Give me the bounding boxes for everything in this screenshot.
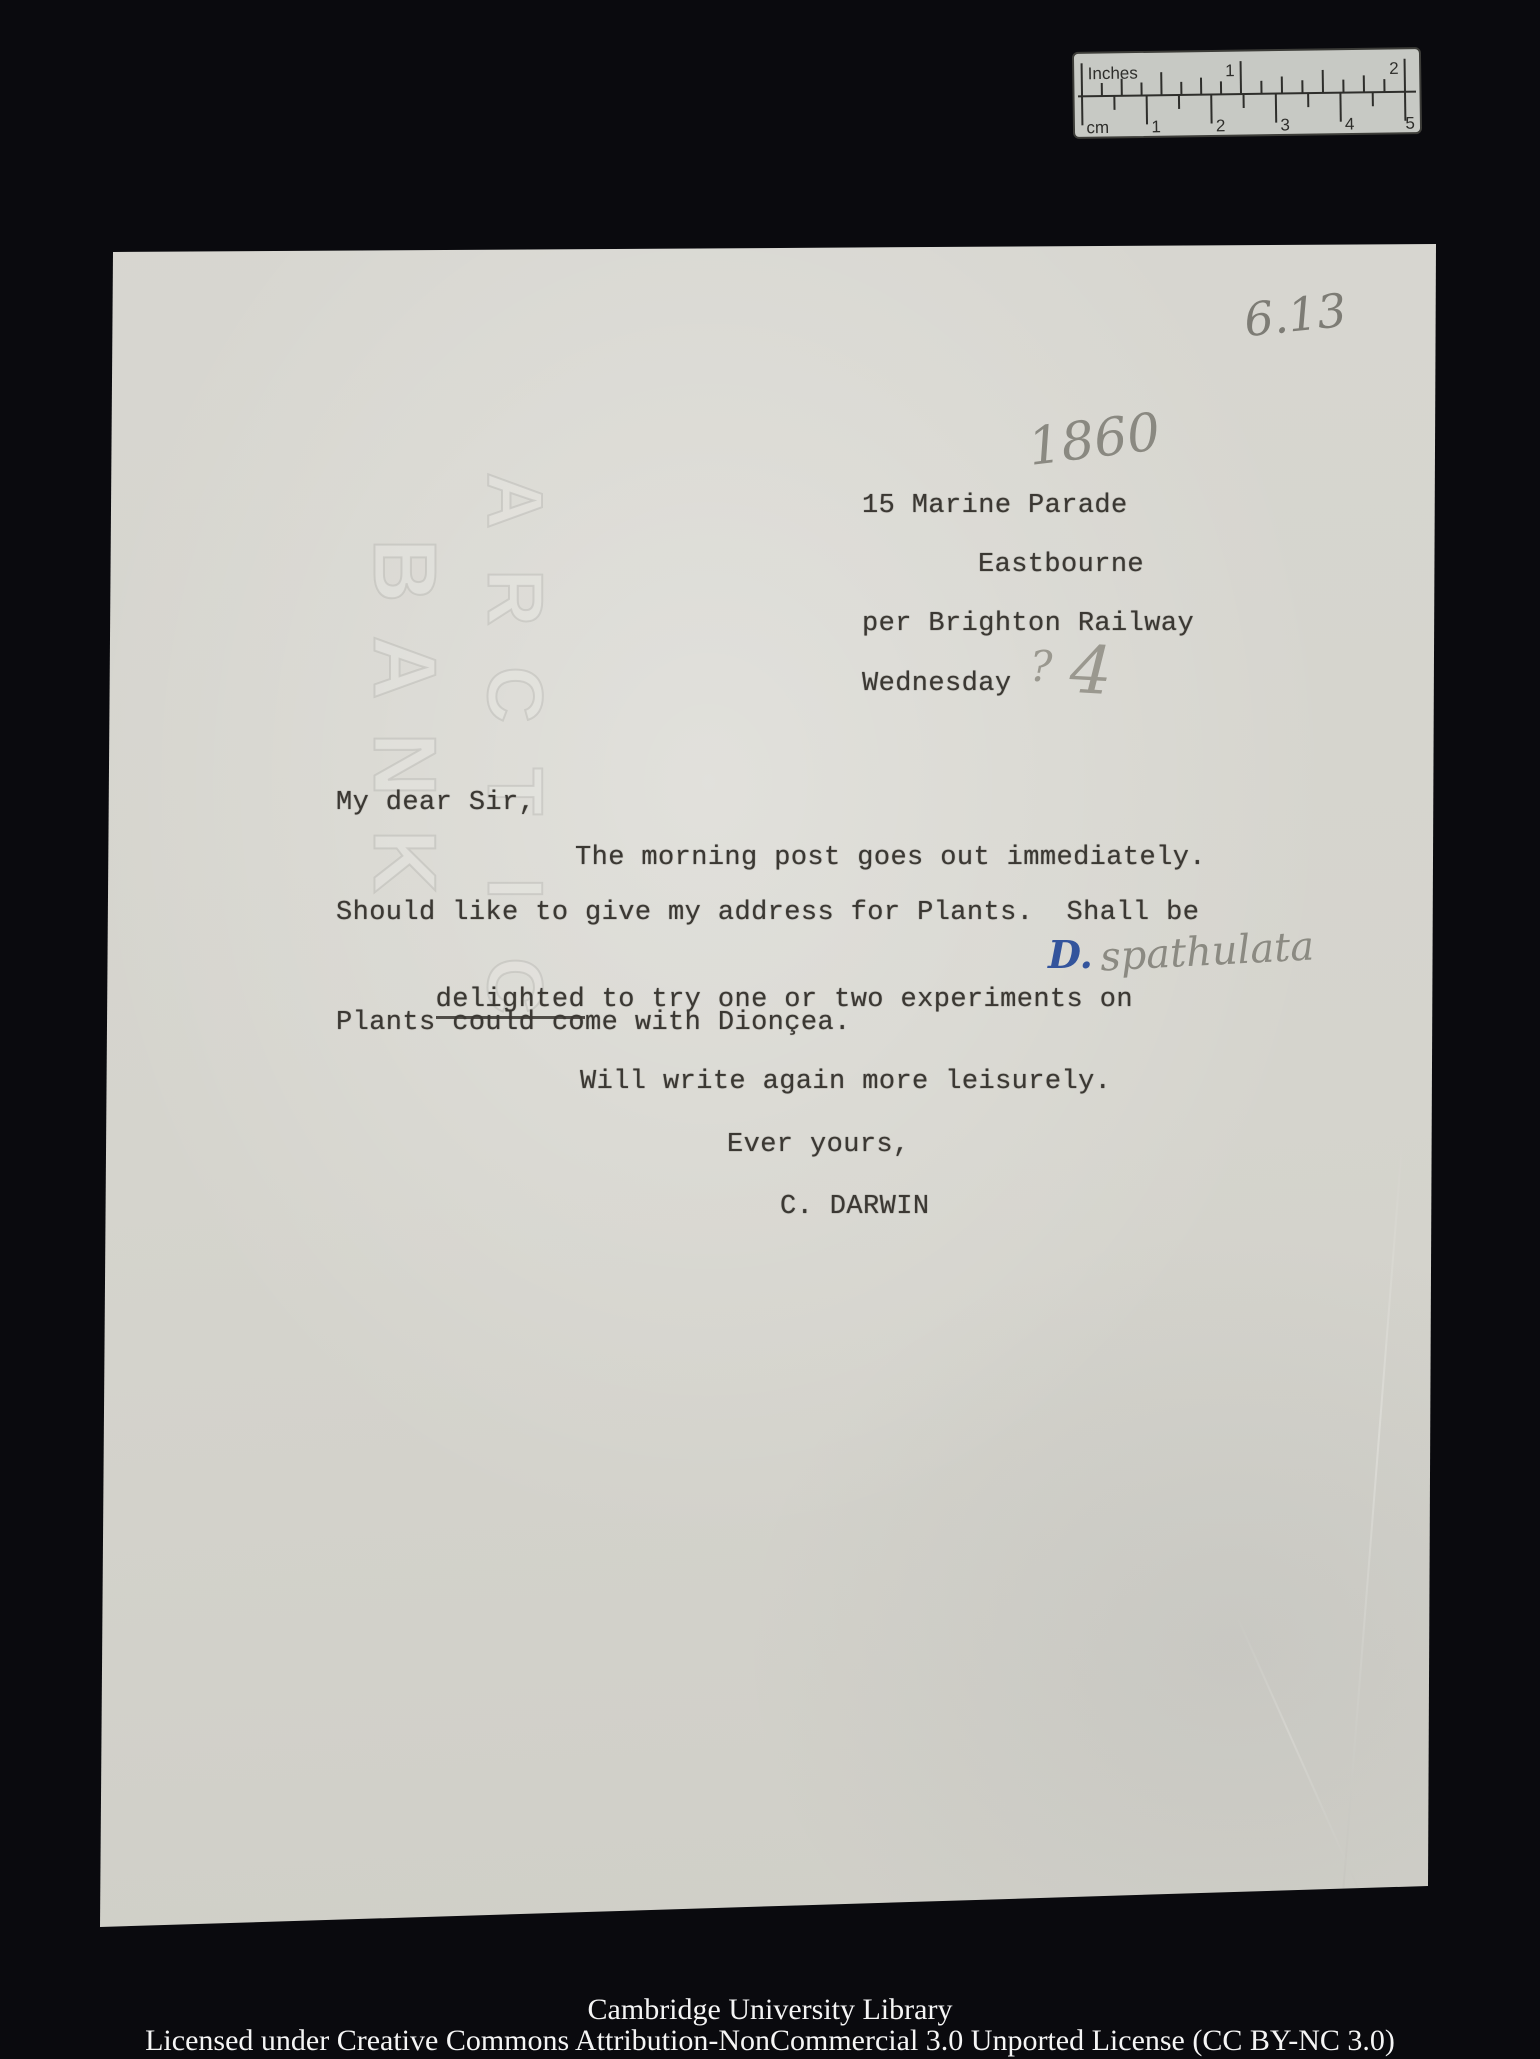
ruler-cm-5: 5 bbox=[1405, 114, 1415, 133]
paper-crease bbox=[1235, 1613, 1367, 1906]
letter-body-line-4: Plants could come with Dionçea. bbox=[336, 1007, 851, 1039]
ruler-cm-label: cm bbox=[1086, 118, 1109, 137]
ruler-cm-2: 2 bbox=[1216, 116, 1226, 135]
watermark-letter: K bbox=[351, 830, 448, 894]
watermark-bank: BANK bbox=[368, 522, 432, 910]
letter-address-line-4: Wednesday bbox=[862, 668, 1011, 700]
ruler-cm-4: 4 bbox=[1345, 115, 1355, 134]
photographed-document-scan: Inches 1 2 cm 1 2 3 4 5 ARCTIC BANK 6.13… bbox=[0, 0, 1540, 2059]
watermark-letter: B bbox=[351, 539, 448, 603]
footer-license: Licensed under Creative Commons Attribut… bbox=[0, 2024, 1540, 2058]
annotation-species-abbrev: D. bbox=[1048, 936, 1093, 974]
letter-closing-line-2: Ever yours, bbox=[727, 1129, 910, 1161]
watermark-letter: C bbox=[458, 666, 555, 722]
watermark-letter: A bbox=[351, 636, 448, 700]
watermark-letter: A bbox=[458, 472, 555, 528]
watermark-arctic: ARCTIC bbox=[478, 452, 534, 1034]
ruler-inch-2: 2 bbox=[1389, 59, 1399, 78]
annotation-date-query-mark: ? bbox=[1030, 646, 1053, 688]
letter-address-line-1: 15 Marine Parade bbox=[862, 490, 1128, 522]
watermark-letter: R bbox=[458, 569, 555, 625]
letter-closing-line-1: Will write again more leisurely. bbox=[580, 1066, 1111, 1098]
ruler-inches-label: Inches bbox=[1088, 64, 1138, 84]
ruler-cm-1: 1 bbox=[1151, 117, 1161, 136]
scale-ruler: Inches 1 2 cm 1 2 3 4 5 bbox=[1071, 47, 1422, 140]
paper-crease bbox=[1342, 1136, 1403, 1889]
letter-address-line-2: Eastbourne bbox=[978, 549, 1144, 581]
letter-body-line-2: Should like to give my address for Plant… bbox=[336, 897, 1199, 929]
letter-body-line-1: The morning post goes out immediately. bbox=[575, 842, 1206, 874]
annotation-species-name: spathulata bbox=[1099, 926, 1315, 977]
letter-signature: C. DARWIN bbox=[780, 1191, 929, 1223]
footer-credit: Cambridge University Library bbox=[0, 1993, 1540, 2027]
annotation-year: 1860 bbox=[1025, 406, 1163, 474]
letter-paper: ARCTIC BANK 6.13 1860 15 Marine Parade E… bbox=[0, 0, 1540, 2059]
letter-address-line-3: per Brighton Railway bbox=[862, 608, 1194, 640]
annotation-date-query-value: 4 bbox=[1068, 637, 1113, 705]
ruler-cm-3: 3 bbox=[1280, 115, 1290, 134]
ruler-inch-1: 1 bbox=[1225, 61, 1235, 80]
letter-salutation: My dear Sir, bbox=[336, 787, 535, 819]
annotation-folio-number: 6.13 bbox=[1242, 287, 1349, 343]
